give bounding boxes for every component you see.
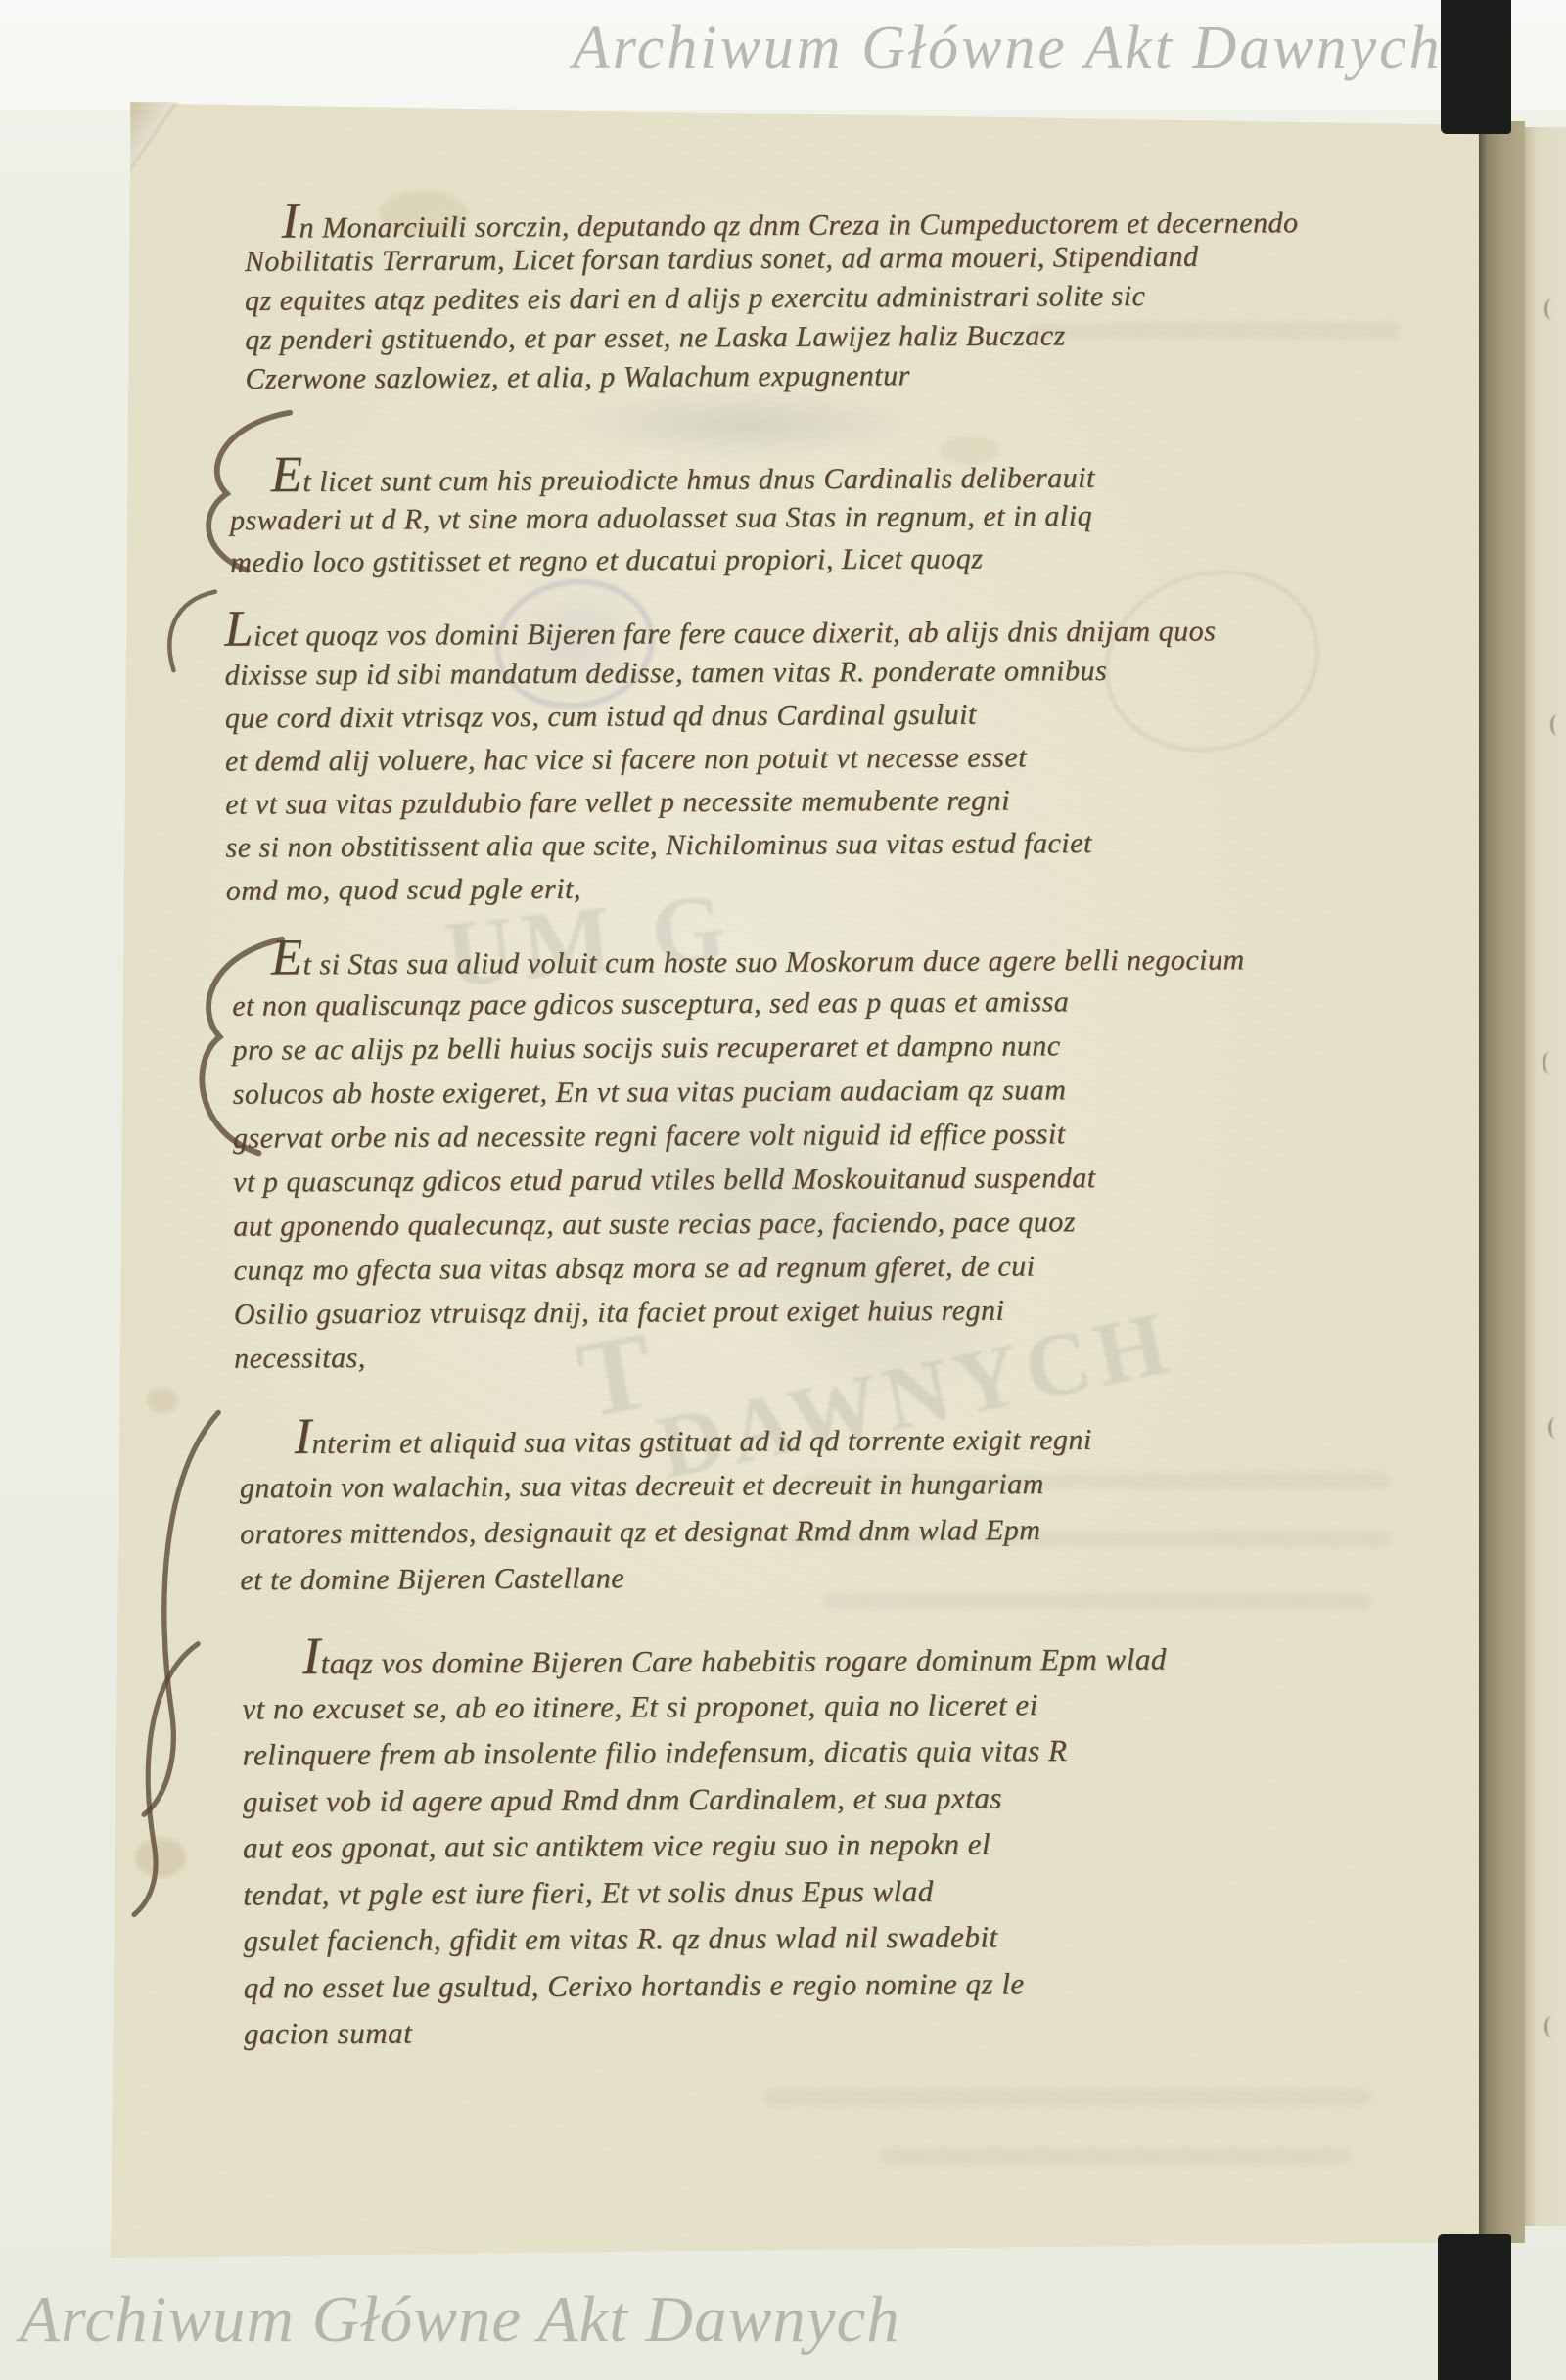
manuscript-line: Licet quoqz vos domini Bijeren fare fere… [224, 606, 1216, 654]
manuscript-line: tendat, vt pgle est iure fieri, Et vt so… [243, 1866, 1168, 1917]
manuscript-line: et demd alij voluere, hac vice si facere… [225, 735, 1217, 783]
manuscript-line: Interim et aliquid sua vitas gstituat ad… [240, 1415, 1092, 1466]
manuscript-line: relinquere frem ab insolente filio indef… [242, 1727, 1167, 1778]
manuscript-line: gservat orbe nis ad necessite regni face… [233, 1111, 1246, 1160]
initial-swash-flourish [125, 1626, 213, 1930]
manuscript-line: Et si Stas sua aliud voluit cum hoste su… [232, 935, 1245, 984]
manuscript-line: Et licet sunt cum his preuiodicte hmus d… [230, 453, 1095, 500]
adjacent-folio-ink-mark [1544, 298, 1559, 320]
manuscript-line: qd no esset lue gsultud, Cerixo hortandi… [244, 1959, 1169, 2010]
manuscript-paragraph-6: Itaqz vos domine Bijeren Care habebitis … [242, 1634, 1169, 2057]
manuscript-line: Nobilitatis Terrarum, Licet forsan tardi… [245, 237, 1299, 282]
bleedthrough-text-row [881, 2148, 1351, 2164]
manuscript-line: gacion sumat [244, 2006, 1169, 2057]
page-gutter-fore-edge [1479, 121, 1525, 2243]
initial-swash-flourish [149, 585, 227, 678]
manuscript-line: dixisse sup id sibi mandatum dedisse, ta… [224, 649, 1216, 697]
manuscript-paragraph-2: Et licet sunt cum his preuiodicte hmus d… [230, 453, 1096, 584]
archive-watermark-bottom: Archiwum Główne Akt Dawnych [20, 2282, 900, 2357]
manuscript-line: gsulet faciench, gfidit em vitas R. qz d… [243, 1913, 1168, 1964]
manuscript-line: Osilio gsuarioz vtruisqz dnij, ita facie… [234, 1287, 1247, 1336]
bleedthrough-heading-ghost [568, 389, 920, 458]
adjacent-folio-ink-mark [1543, 1052, 1557, 1074]
manuscript-line: Czerwone sazlowiez, et alia, p Walachum … [245, 354, 1299, 399]
manuscript-line: pswaderi ut d R, vt sine mora aduolasset… [230, 495, 1095, 542]
manuscript-line: et vt sua vitas pzuldubio fare vellet p … [225, 778, 1217, 826]
manuscript-line: se si non obstitissent alia que scite, N… [225, 821, 1217, 869]
archive-watermark-top: Archiwum Główne Akt Dawnych [573, 14, 1443, 83]
adjacent-folio-edge [1525, 127, 1566, 2226]
manuscript-line: Itaqz vos domine Bijeren Care habebitis … [242, 1634, 1167, 1685]
black-spine-strip-top [1441, 0, 1511, 134]
manuscript-line: gnatoin von walachin, sua vitas decreuit… [240, 1461, 1092, 1512]
manuscript-line: guiset vob id agere apud Rmd dnm Cardina… [243, 1773, 1168, 1824]
manuscript-paragraph-3: Licet quoqz vos domini Bijeren fare fere… [224, 606, 1217, 912]
black-spine-strip-bottom [1438, 2234, 1511, 2380]
manuscript-line: aut eos gponat, aut sic antiktem vice re… [243, 1820, 1168, 1871]
bleedthrough-text-row [763, 2089, 1370, 2105]
adjacent-folio-ink-mark [1550, 714, 1565, 736]
manuscript-line: cunqz mo gfecta sua vitas absqz mora se … [233, 1243, 1246, 1292]
manuscript-line: pro se ac alijs pz belli huius socijs su… [232, 1023, 1245, 1072]
manuscript-line: qz penderi gstituendo, et par esset, ne … [245, 315, 1299, 360]
adjacent-folio-ink-mark [1548, 1417, 1563, 1439]
manuscript-line: aut gponendo qualecunqz, aut suste recia… [233, 1199, 1246, 1248]
scanned-manuscript-view: { "watermark": { "text": "Archiwum Główn… [0, 0, 1566, 2380]
manuscript-line: omd mo, quod scud pgle erit, [226, 864, 1218, 912]
manuscript-line: medio loco gstitisset et regno et ducatu… [230, 537, 1095, 584]
manuscript-line: necessitas, [234, 1331, 1247, 1380]
manuscript-line: oratores mittendos, designauit qz et des… [240, 1507, 1092, 1558]
manuscript-line: In Monarciuili sorczin, deputando qz dnm… [244, 198, 1298, 243]
manuscript-paragraph-4: Et si Stas sua aliud voluit cum hoste su… [232, 935, 1247, 1380]
manuscript-paragraph-1: In Monarciuili sorczin, deputando qz dnm… [244, 198, 1299, 399]
manuscript-line: que cord dixit vtrisqz vos, cum istud qd… [225, 692, 1217, 740]
adjacent-folio-ink-mark [1544, 2016, 1559, 2037]
manuscript-line: et non qualiscunqz pace gdicos susceptur… [232, 979, 1245, 1028]
manuscript-line: et te domine Bijeren Castellane [240, 1553, 1092, 1604]
manuscript-line: qz equites atqz pedites eis dari en d al… [245, 276, 1299, 321]
manuscript-line: vt p quascunqz gdicos etud parud vtiles … [233, 1155, 1246, 1204]
manuscript-line: solucos ab hoste exigeret, En vt sua vit… [233, 1067, 1246, 1116]
manuscript-paragraph-5: Interim et aliquid sua vitas gstituat ad… [240, 1415, 1093, 1604]
manuscript-line: vt no excuset se, ab eo itinere, Et si p… [242, 1680, 1167, 1731]
